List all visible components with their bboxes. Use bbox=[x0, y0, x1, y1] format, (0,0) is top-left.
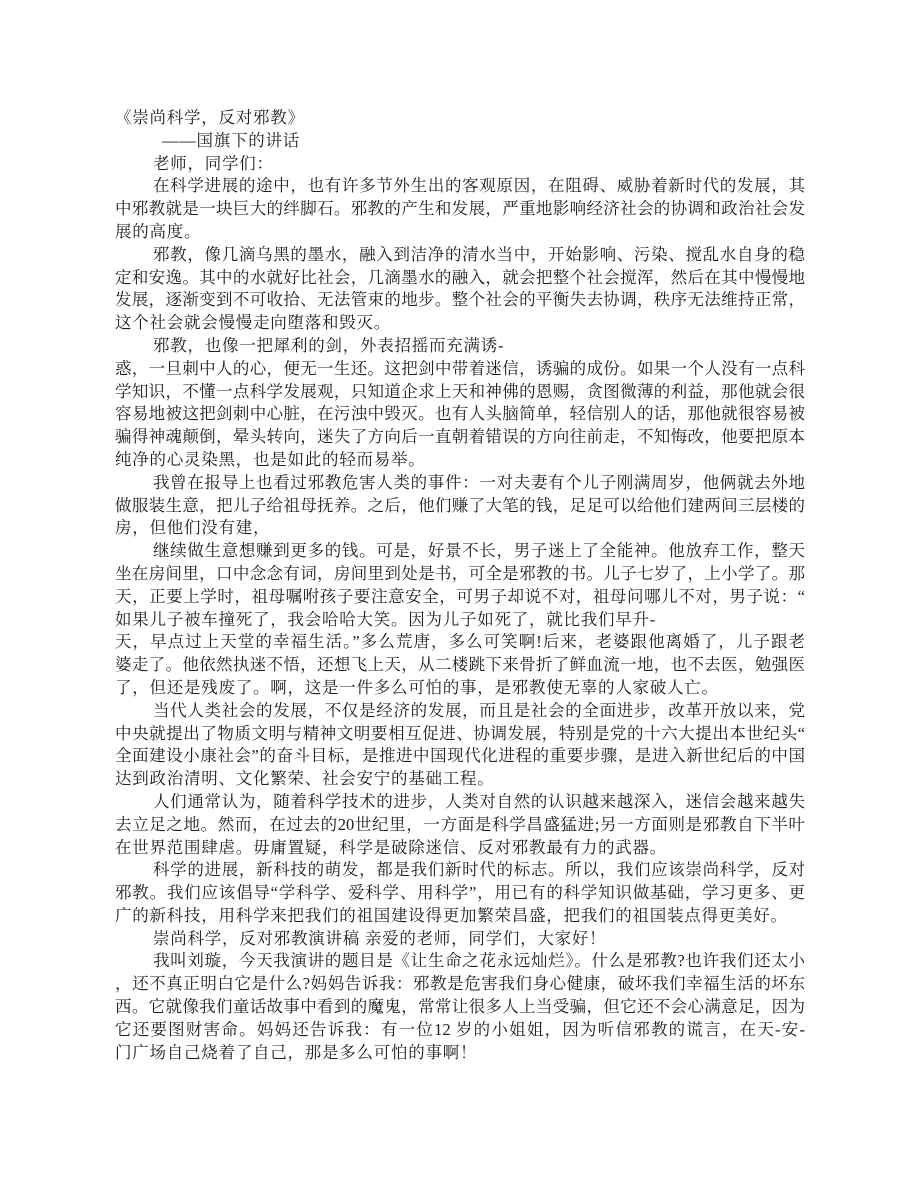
document-line: 在世界范围肆虐。毋庸置疑，科学是破除迷信、反对邪教最有力的武器。 bbox=[115, 837, 805, 860]
document-line: 邪教，像几滴乌黑的墨水，融入到洁净的清水当中，开始影响、污染、搅乱水自身的稳 bbox=[115, 244, 805, 267]
document-line: ，还不真正明白它是什么?妈妈告诉我：邪教是危害我们身心健康，破坏我们幸福生活的坏… bbox=[115, 973, 805, 996]
document-line: 门广场自己烧着了自己，那是多么可怕的事啊！ bbox=[115, 1042, 805, 1065]
document-line: 坐在房间里，口中念念有词，房间里到处是书，可全是邪教的书。儿子七岁了，上小学了。… bbox=[115, 563, 805, 586]
document-line: 它还要图财害命。妈妈还告诉我：有一位12 岁的小姐姐，因为听信邪教的谎言，在天-… bbox=[115, 1019, 805, 1042]
document-line: 在科学进展的途中，也有许多节外生出的客观原因，在阻碍、威胁着新时代的发展，其 bbox=[115, 175, 805, 198]
document-line: 老师，同学们： bbox=[115, 153, 805, 176]
document-line: 天，正要上学时，祖母嘱咐孩子要注意安全，可男子却说不对，祖母问哪儿不对，男子说：… bbox=[115, 586, 805, 609]
document-line: 邪教，也像一把犀利的剑，外表招摇而充满诱- bbox=[115, 335, 805, 358]
document-line: 纯净的心灵染黑，也是如此的轻而易举。 bbox=[115, 449, 805, 472]
document-line: 展的高度。 bbox=[115, 221, 805, 244]
document-line: 《崇尚科学，反对邪教》 bbox=[115, 107, 805, 130]
document-line: ——国旗下的讲话 bbox=[115, 130, 805, 153]
document-line: 我曾在报导上也看过邪教危害人类的事件：一对夫妻有个儿子刚满周岁，他俩就去外地 bbox=[115, 472, 805, 495]
document-line: 科学的进展，新科技的萌发，都是我们新时代的标志。所以，我们应该崇尚科学，反对 bbox=[115, 859, 805, 882]
document-line: 邪教。我们应该倡导“学科学、爱科学、用科学”，用已有的科学知识做基础，学习更多、… bbox=[115, 882, 805, 905]
document-line: 继续做生意想赚到更多的钱。可是，好景不长，男子迷上了全能神。他放弃工作，整天 bbox=[115, 540, 805, 563]
document-line: 惑，一旦刺中人的心，便无一生还。这把剑中带着迷信，诱骗的成份。如果一个人没有一点… bbox=[115, 358, 805, 381]
document-line: 做服装生意，把儿子给祖母抚养。之后，他们赚了大笔的钱，足足可以给他们建两间三层楼… bbox=[115, 495, 805, 518]
document-line: 达到政治清明、文化繁荣、社会安宁的基础工程。 bbox=[115, 768, 805, 791]
document-page: 《崇尚科学，反对邪教》——国旗下的讲话老师，同学们：在科学进展的途中，也有许多节… bbox=[0, 0, 920, 1191]
document-line: 房，但他们没有建， bbox=[115, 517, 805, 540]
document-line: 中央就提出了物质文明与精神文明要相互促进、协调发展，特别是党的十六大提出本世纪头… bbox=[115, 723, 805, 746]
document-line: 学知识，不懂一点科学发展观，只知道企求上天和神佛的恩赐，贪图微薄的利益，那他就会… bbox=[115, 381, 805, 404]
document-line: 人们通常认为，随着科学技术的进步，人类对自然的认识越来越深入，迷信会越来越失 bbox=[115, 791, 805, 814]
document-line: 去立足之地。然而，在过去的20世纪里，一方面是科学昌盛猛进;另一方面则是邪教自下… bbox=[115, 814, 805, 837]
document-line: 容易地被这把剑刺中心脏，在污浊中毁灭。也有人头脑简单，轻信别人的话，那他就很容易… bbox=[115, 403, 805, 426]
document-line: 当代人类社会的发展，不仅是经济的发展，而且是社会的全面进步，改革开放以来，党 bbox=[115, 700, 805, 723]
document-line: 广的新科技，用科学来把我们的祖国建设得更加繁荣昌盛，把我们的祖国装点得更美好。 bbox=[115, 905, 805, 928]
document-line: 定和安逸。其中的水就好比社会，几滴墨水的融入，就会把整个社会搅浑，然后在其中慢慢… bbox=[115, 267, 805, 290]
document-body: 《崇尚科学，反对邪教》——国旗下的讲话老师，同学们：在科学进展的途中，也有许多节… bbox=[115, 107, 805, 1064]
document-line: 我叫刘璇，今天我演讲的题目是《让生命之花永远灿烂》。什么是邪教?也许我们还太小 bbox=[115, 950, 805, 973]
document-line: 如果儿子被车撞死了，我会哈哈大笑。因为儿子如死了，就比我们早升- bbox=[115, 609, 805, 632]
document-line: 发展，逐渐变到不可收拾、无法管束的地步。整个社会的平衡失去协调，秩序无法维持正常… bbox=[115, 289, 805, 312]
document-line: 全面建设小康社会”的奋斗目标，是推进中国现代化进程的重要步骤，是进入新世纪后的中… bbox=[115, 745, 805, 768]
document-line: 了，但还是残废了。啊，这是一件多么可怕的事，是邪教使无辜的人家破人亡。 bbox=[115, 677, 805, 700]
document-line: 这个社会就会慢慢走向堕落和毁灭。 bbox=[115, 312, 805, 335]
document-line: 中邪教就是一块巨大的绊脚石。邪教的产生和发展，严重地影响经济社会的协调和政治社会… bbox=[115, 198, 805, 221]
document-line: 崇尚科学，反对邪教演讲稿 亲爱的老师，同学们，大家好！ bbox=[115, 928, 805, 951]
document-line: 婆走了。他依然执迷不悟，还想飞上天，从二楼跳下来骨折了鲜血流一地，也不去医，勉强… bbox=[115, 654, 805, 677]
document-line: 天，早点过上天堂的幸福生活。”多么荒唐，多么可笑啊!后来，老婆跟他离婚了，儿子跟… bbox=[115, 631, 805, 654]
document-line: 骗得神魂颠倒，晕头转向，迷失了方向后一直朝着错误的方向往前走，不知悔改，他要把原… bbox=[115, 426, 805, 449]
document-line: 西。它就像我们童话故事中看到的魔鬼，常常让很多人上当受骗，但它还不会心满意足，因… bbox=[115, 996, 805, 1019]
